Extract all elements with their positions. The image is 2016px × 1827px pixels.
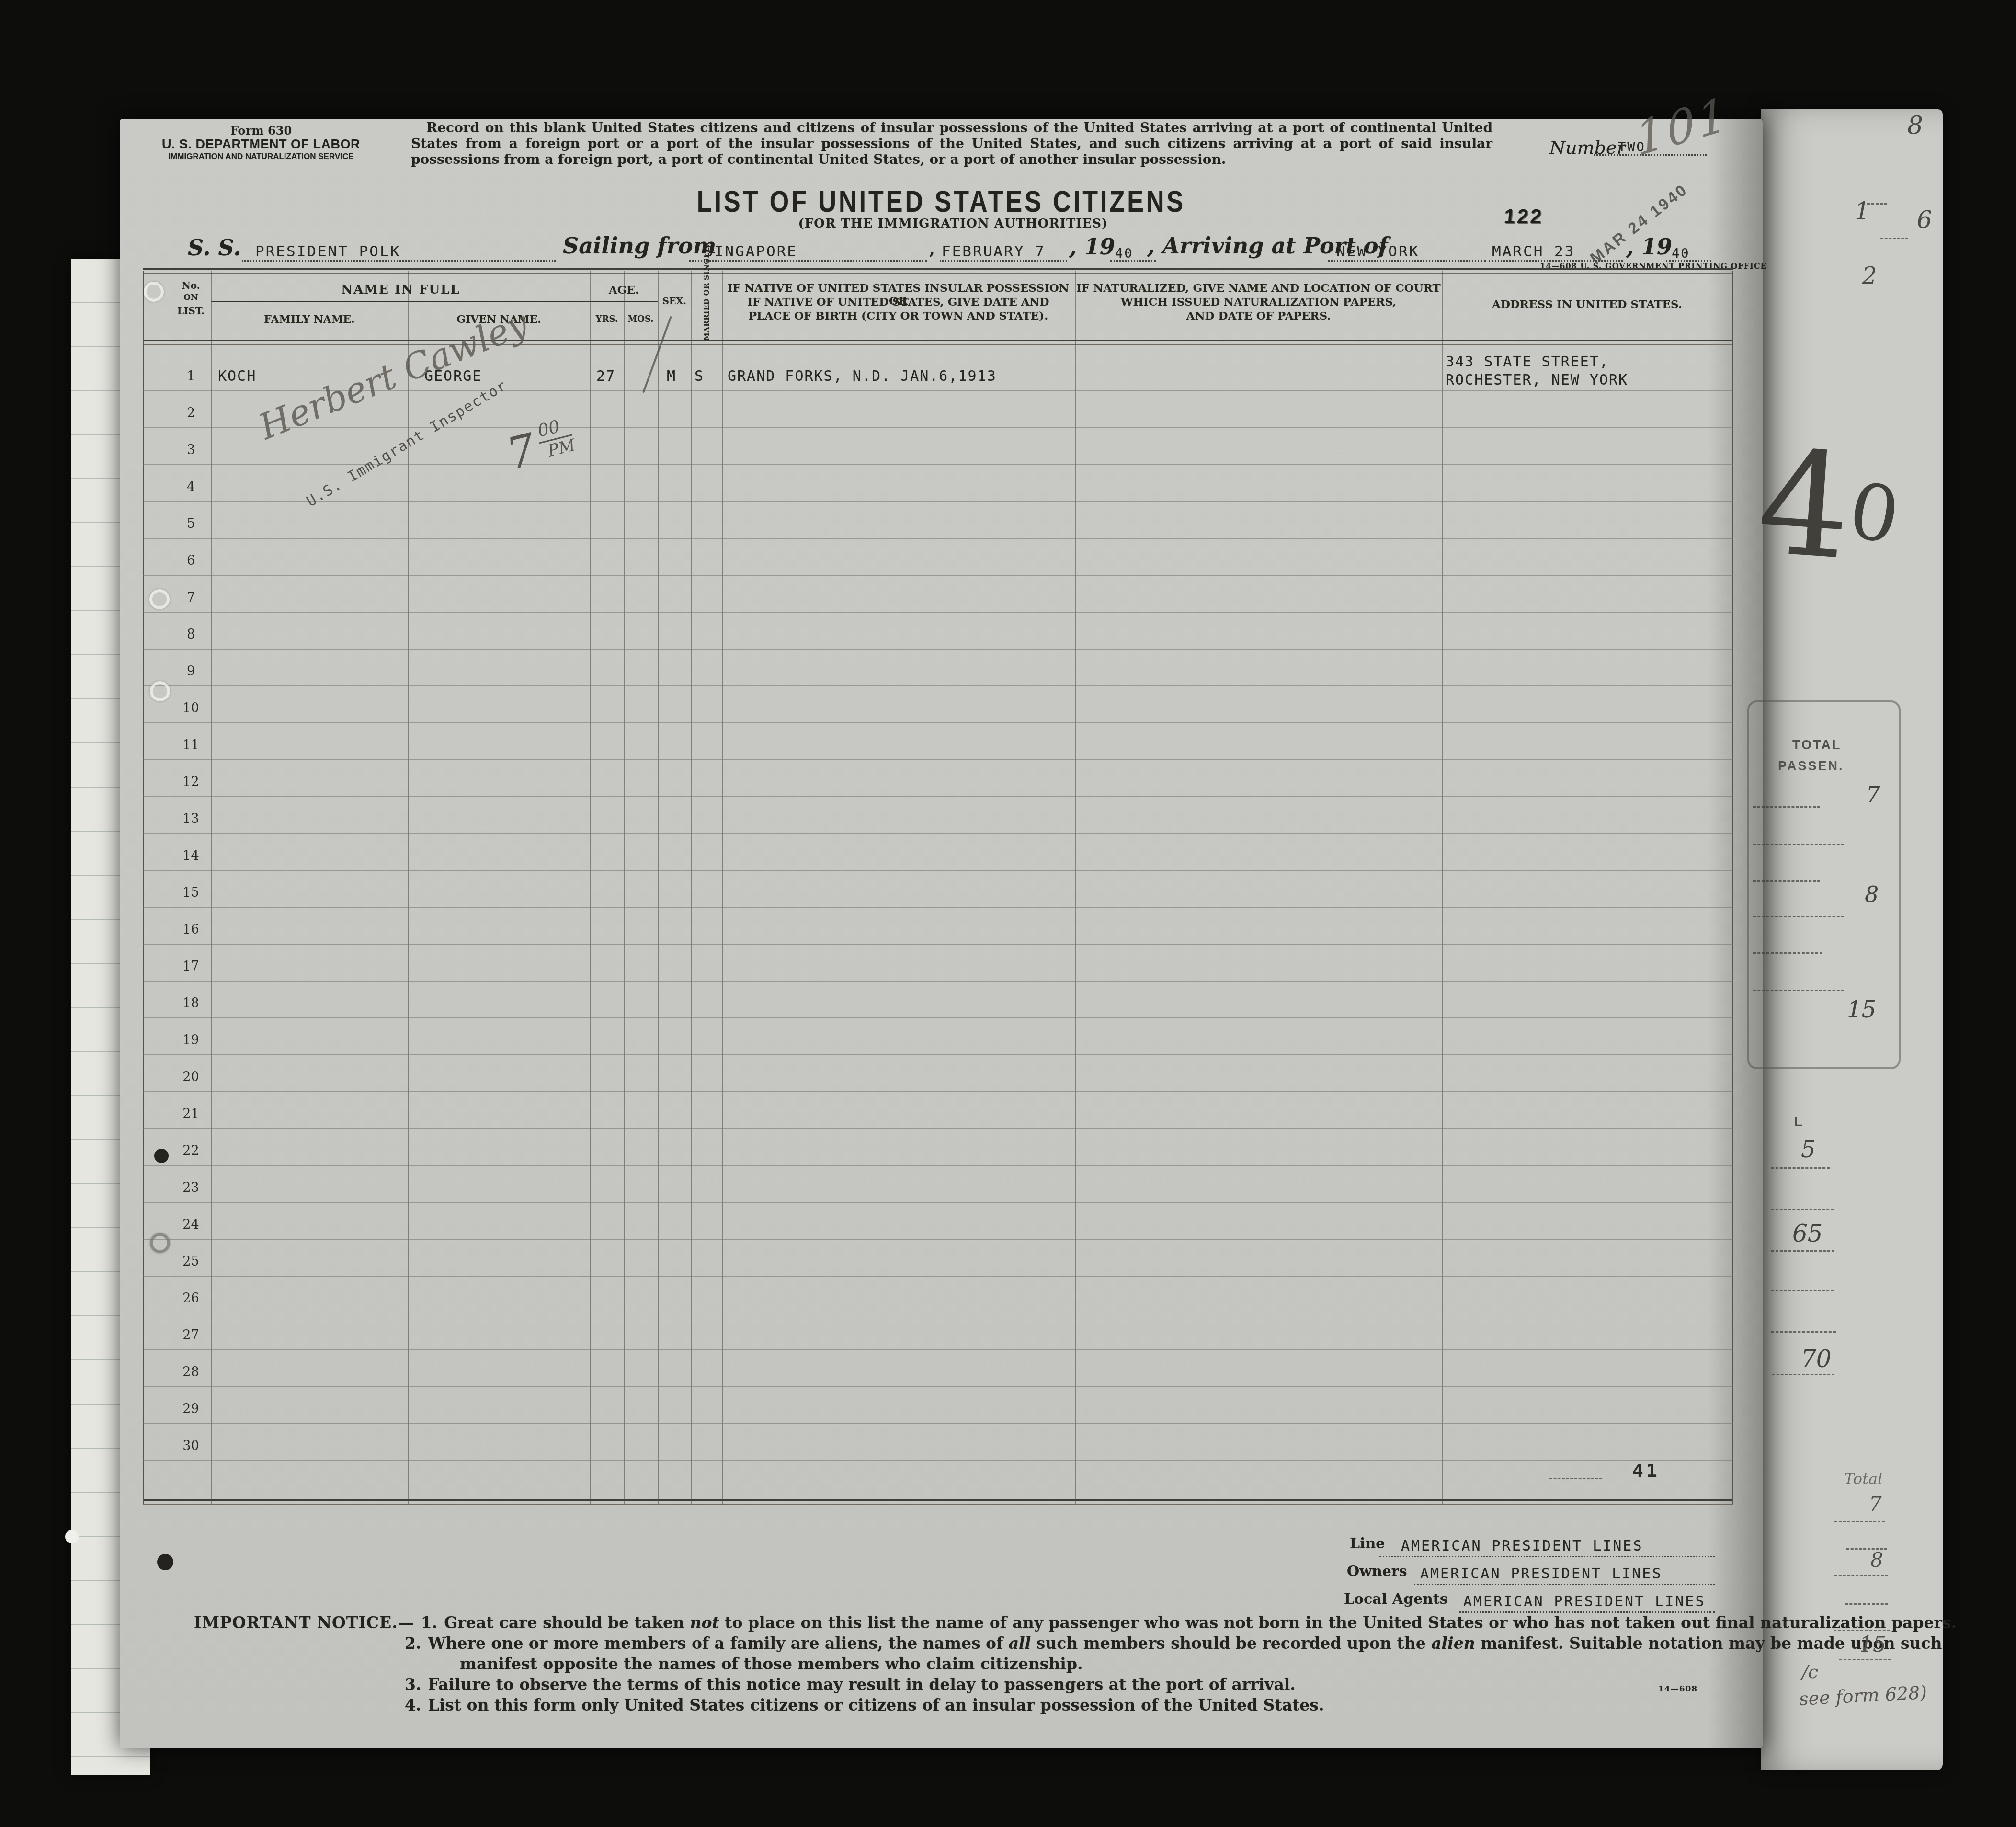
table-row: 13: [143, 797, 1733, 834]
sailing-date: FEBRUARY 7: [942, 243, 1046, 260]
notice-number: 1.: [421, 1613, 437, 1632]
row-number: 20: [171, 1070, 211, 1091]
pencil-dash-rule: [1839, 1659, 1891, 1660]
owners-value: AMERICAN PRESIDENT LINES: [1420, 1565, 1662, 1582]
table-row: 19: [143, 1018, 1733, 1055]
sex-header: SEX.: [658, 296, 691, 307]
pencil-dash-rule: [1753, 916, 1844, 917]
ss-label: S. S.: [188, 235, 241, 261]
punch-hole: [65, 1530, 79, 1543]
pencil-dash-rule: [1867, 203, 1887, 205]
table-row: 12: [143, 760, 1733, 797]
table-row: 28: [143, 1350, 1733, 1387]
table-row: 15: [143, 871, 1733, 908]
row-number: 21: [171, 1107, 211, 1128]
form-code: 14—608: [1658, 1684, 1697, 1694]
pencil-dash-rule: [1845, 1603, 1888, 1605]
row-number: 3: [171, 443, 211, 464]
printed-19-arrival: , 19: [1626, 234, 1672, 260]
row-number: 29: [171, 1402, 211, 1423]
row-number: 30: [171, 1439, 211, 1460]
sheet-total: 41: [1632, 1460, 1660, 1481]
mid-value-2: 65: [1792, 1220, 1823, 1247]
table-row: 22: [143, 1129, 1733, 1166]
punch-hole: [150, 1233, 170, 1253]
department-label: U. S. DEPARTMENT OF LABOR: [158, 137, 364, 152]
table-row: 8: [143, 613, 1733, 650]
married-single-header: MARRIED OR SINGLE.: [702, 279, 711, 341]
table-row: 23: [143, 1166, 1733, 1203]
mid-value-1: 5: [1801, 1136, 1816, 1163]
corner-mark-8: 8: [1907, 111, 1923, 140]
age-header: AGE.: [590, 284, 658, 297]
table-row: 21: [143, 1092, 1733, 1129]
line-rule: [1379, 1556, 1715, 1557]
notice-label: IMPORTANT NOTICE.—: [194, 1613, 414, 1632]
row-number: 14: [171, 848, 211, 870]
corner-mark-2: 2: [1862, 263, 1877, 289]
table-row: 18: [143, 982, 1733, 1018]
table-row: 20: [143, 1055, 1733, 1092]
mid-value-3: 70: [1801, 1345, 1832, 1373]
punch-hole: [157, 1554, 173, 1570]
pencil-dash-rule: [1772, 1374, 1834, 1375]
arrival-year: 40: [1672, 246, 1690, 261]
table-row: 14: [143, 834, 1733, 871]
table-rows: 1234567891011121314151617181920212223242…: [143, 343, 1733, 1461]
table-row: 30: [143, 1424, 1733, 1461]
notice-line: 2.Where one or more members of a family …: [405, 1634, 1942, 1653]
birth-header-line3: PLACE OF BIRTH (CITY OR TOWN AND STATE).: [722, 309, 1075, 322]
local-agents-label: Local Agents: [1344, 1591, 1448, 1608]
sailing-date-line: [940, 260, 1067, 262]
row-number: 12: [171, 775, 211, 796]
comma-1: ,: [929, 240, 935, 259]
cell-address-line1: 343 STATE STREET,: [1446, 354, 1609, 370]
arrival-port: NEW YORK: [1336, 243, 1419, 260]
row-number: 5: [171, 516, 211, 538]
sailing-port-line: [689, 260, 927, 262]
cell-family-name: KOCH: [218, 368, 256, 385]
row-number: 19: [171, 1033, 211, 1054]
bottom-total-label: Total: [1844, 1470, 1882, 1488]
tally-box-value-2: 8: [1865, 881, 1879, 907]
sailing-port: SINGAPORE: [704, 243, 797, 260]
partial-total-label: L: [1794, 1114, 1802, 1130]
punch-hole: [149, 589, 170, 609]
bottom-value-2: 8: [1870, 1548, 1883, 1572]
bottom-value-3: 15: [1859, 1633, 1886, 1657]
row-number: 2: [171, 406, 211, 427]
table-row: 5: [143, 502, 1733, 539]
birth-header-line2: IF NATIVE OF UNITED STATES, GIVE DATE AN…: [722, 296, 1075, 308]
punch-hole: [150, 681, 170, 701]
cell-sex: M: [667, 368, 676, 385]
naturalized-header-line3: AND DATE OF PAPERS.: [1075, 309, 1442, 322]
row-number: 6: [171, 553, 211, 575]
cell-married-single: S: [695, 368, 704, 385]
row-number: 9: [171, 664, 211, 685]
notice-number: 4.: [405, 1696, 421, 1714]
pencil-dash-rule: [1771, 1167, 1830, 1169]
mos-header: MOS.: [624, 314, 658, 324]
no-on-list-header-2: ON: [171, 293, 211, 302]
row-number: 16: [171, 922, 211, 944]
pencil-dash-rule: [1771, 1331, 1836, 1333]
owners-label: Owners: [1347, 1563, 1407, 1580]
row-number: 18: [171, 996, 211, 1017]
table-row: 26: [143, 1277, 1733, 1313]
pencil-dash-rule: [1771, 1290, 1834, 1291]
arrival-date: MARCH 23: [1492, 243, 1575, 260]
pencil-dash-rule: [1753, 990, 1844, 991]
row-number: 25: [171, 1254, 211, 1276]
table-bottom-rule: [143, 1499, 1733, 1505]
table-row: 17: [143, 945, 1733, 982]
name-in-full-header: NAME IN FULL: [211, 283, 590, 297]
no-on-list-header-1: No.: [171, 280, 211, 291]
row-number: 17: [171, 959, 211, 981]
pencil-dash-rule: [1834, 1575, 1888, 1576]
pencil-dash-rule: [1846, 1548, 1887, 1550]
row-number: 1: [171, 369, 211, 390]
pencil-dash-rule: [1771, 1250, 1834, 1252]
naturalized-header-line2: WHICH ISSUED NATURALIZATION PAPERS,: [1075, 296, 1442, 308]
pencil-dash-rule: [1880, 238, 1908, 239]
arrival-port-line: [1328, 260, 1486, 262]
row-number: 7: [171, 590, 211, 612]
pencil-dash-rule: [1834, 1521, 1885, 1522]
pencil-dash-rule: [1753, 844, 1844, 845]
tally-box-value-1: 7: [1866, 782, 1880, 808]
ship-name: PRESIDENT POLK: [255, 243, 400, 260]
corner-mark-1: 1: [1855, 197, 1870, 225]
punch-hole: [144, 282, 164, 302]
agents-value: AMERICAN PRESIDENT LINES: [1463, 1593, 1705, 1610]
line-value: AMERICAN PRESIDENT LINES: [1401, 1538, 1643, 1554]
row-number: 26: [171, 1291, 211, 1313]
ship-name-line: [242, 260, 556, 262]
cell-birthplace: GRAND FORKS, N.D. JAN.6,1913: [728, 368, 997, 385]
service-label: IMMIGRATION AND NATURALIZATION SERVICE: [168, 152, 354, 161]
cell-age-yrs: 27: [596, 368, 615, 385]
notice-line: manifest opposite the names of those mem…: [460, 1655, 1082, 1673]
bottom-note-c: /c: [1802, 1661, 1818, 1682]
naturalized-header-line1: IF NATURALIZED, GIVE NAME AND LOCATION O…: [1075, 282, 1442, 295]
table-row: 10: [143, 686, 1733, 723]
page-title: LIST OF UNITED STATES CITIZENS: [558, 185, 1324, 219]
notice-line: 4.List on this form only United States c…: [405, 1696, 1324, 1714]
row-number: 22: [171, 1143, 211, 1165]
tally-box-value-3: 15: [1847, 996, 1876, 1023]
notice-number: 3.: [405, 1675, 421, 1694]
form-number: Form 630: [182, 124, 340, 137]
row-number: 23: [171, 1180, 211, 1202]
instructions-paragraph: Record on this blank United States citiz…: [411, 120, 1492, 167]
table-row: 4: [143, 465, 1733, 502]
address-header: ADDRESS IN UNITED STATES.: [1442, 298, 1732, 311]
table-row: 16: [143, 908, 1733, 945]
table-row: 9: [143, 650, 1733, 686]
pencil-dash-rule: [1753, 880, 1820, 882]
agents-rule: [1459, 1611, 1715, 1613]
yrs-header: YRS.: [590, 314, 624, 324]
row-number: 11: [171, 738, 211, 759]
notice-line: IMPORTANT NOTICE.—1.Great care should be…: [194, 1613, 1957, 1632]
owners-rule: [1414, 1584, 1715, 1585]
sailing-year: 40: [1115, 246, 1134, 261]
table-row: 11: [143, 723, 1733, 760]
pencil-dash-rule: [1753, 806, 1820, 808]
family-name-header: FAMILY NAME.: [211, 313, 408, 326]
table-row: 6: [143, 539, 1733, 576]
row-number: 27: [171, 1328, 211, 1349]
row-number: 15: [171, 885, 211, 907]
printed-19-sailing: , 19: [1069, 234, 1115, 260]
table-row: 29: [143, 1387, 1733, 1424]
pencil-dash-rule: [1753, 952, 1822, 954]
pencil-dash-rule: [1771, 1209, 1834, 1210]
row-number: 4: [171, 480, 211, 501]
corner-mark-6: 6: [1917, 206, 1932, 234]
notice-line: 3.Failure to observe the terms of this n…: [405, 1675, 1296, 1694]
page-subtitle: (FOR THE IMMIGRATION AUTHORITIES): [666, 217, 1241, 231]
sailing-from-label: Sailing from: [563, 233, 716, 259]
number-stamp-122: 122: [1503, 205, 1544, 228]
table-row: 27: [143, 1313, 1733, 1350]
table-row: 25: [143, 1240, 1733, 1277]
row-number: 24: [171, 1217, 211, 1239]
line-label: Line: [1350, 1535, 1385, 1552]
row-number: 13: [171, 811, 211, 833]
row-number: 28: [171, 1365, 211, 1386]
table-row: 7: [143, 576, 1733, 613]
pencil-dash-rule: [1549, 1478, 1602, 1479]
notice-number: 2.: [405, 1634, 421, 1653]
pencil-dash-rule: [1834, 1630, 1890, 1631]
cell-address-line2: ROCHESTER, NEW YORK: [1446, 372, 1628, 388]
punch-hole: [154, 1149, 169, 1163]
table-row: 24: [143, 1203, 1733, 1240]
bottom-value-1: 7: [1869, 1492, 1882, 1516]
scanned-manifest-photo: Form 630 U. S. DEPARTMENT OF LABOR IMMIG…: [0, 0, 2016, 1827]
no-on-list-header-3: LIST.: [171, 305, 211, 317]
table-top-rule: [143, 268, 1733, 274]
row-number: 10: [171, 701, 211, 722]
row-number: 8: [171, 627, 211, 649]
big-crayon-4: 4: [1753, 419, 1856, 592]
